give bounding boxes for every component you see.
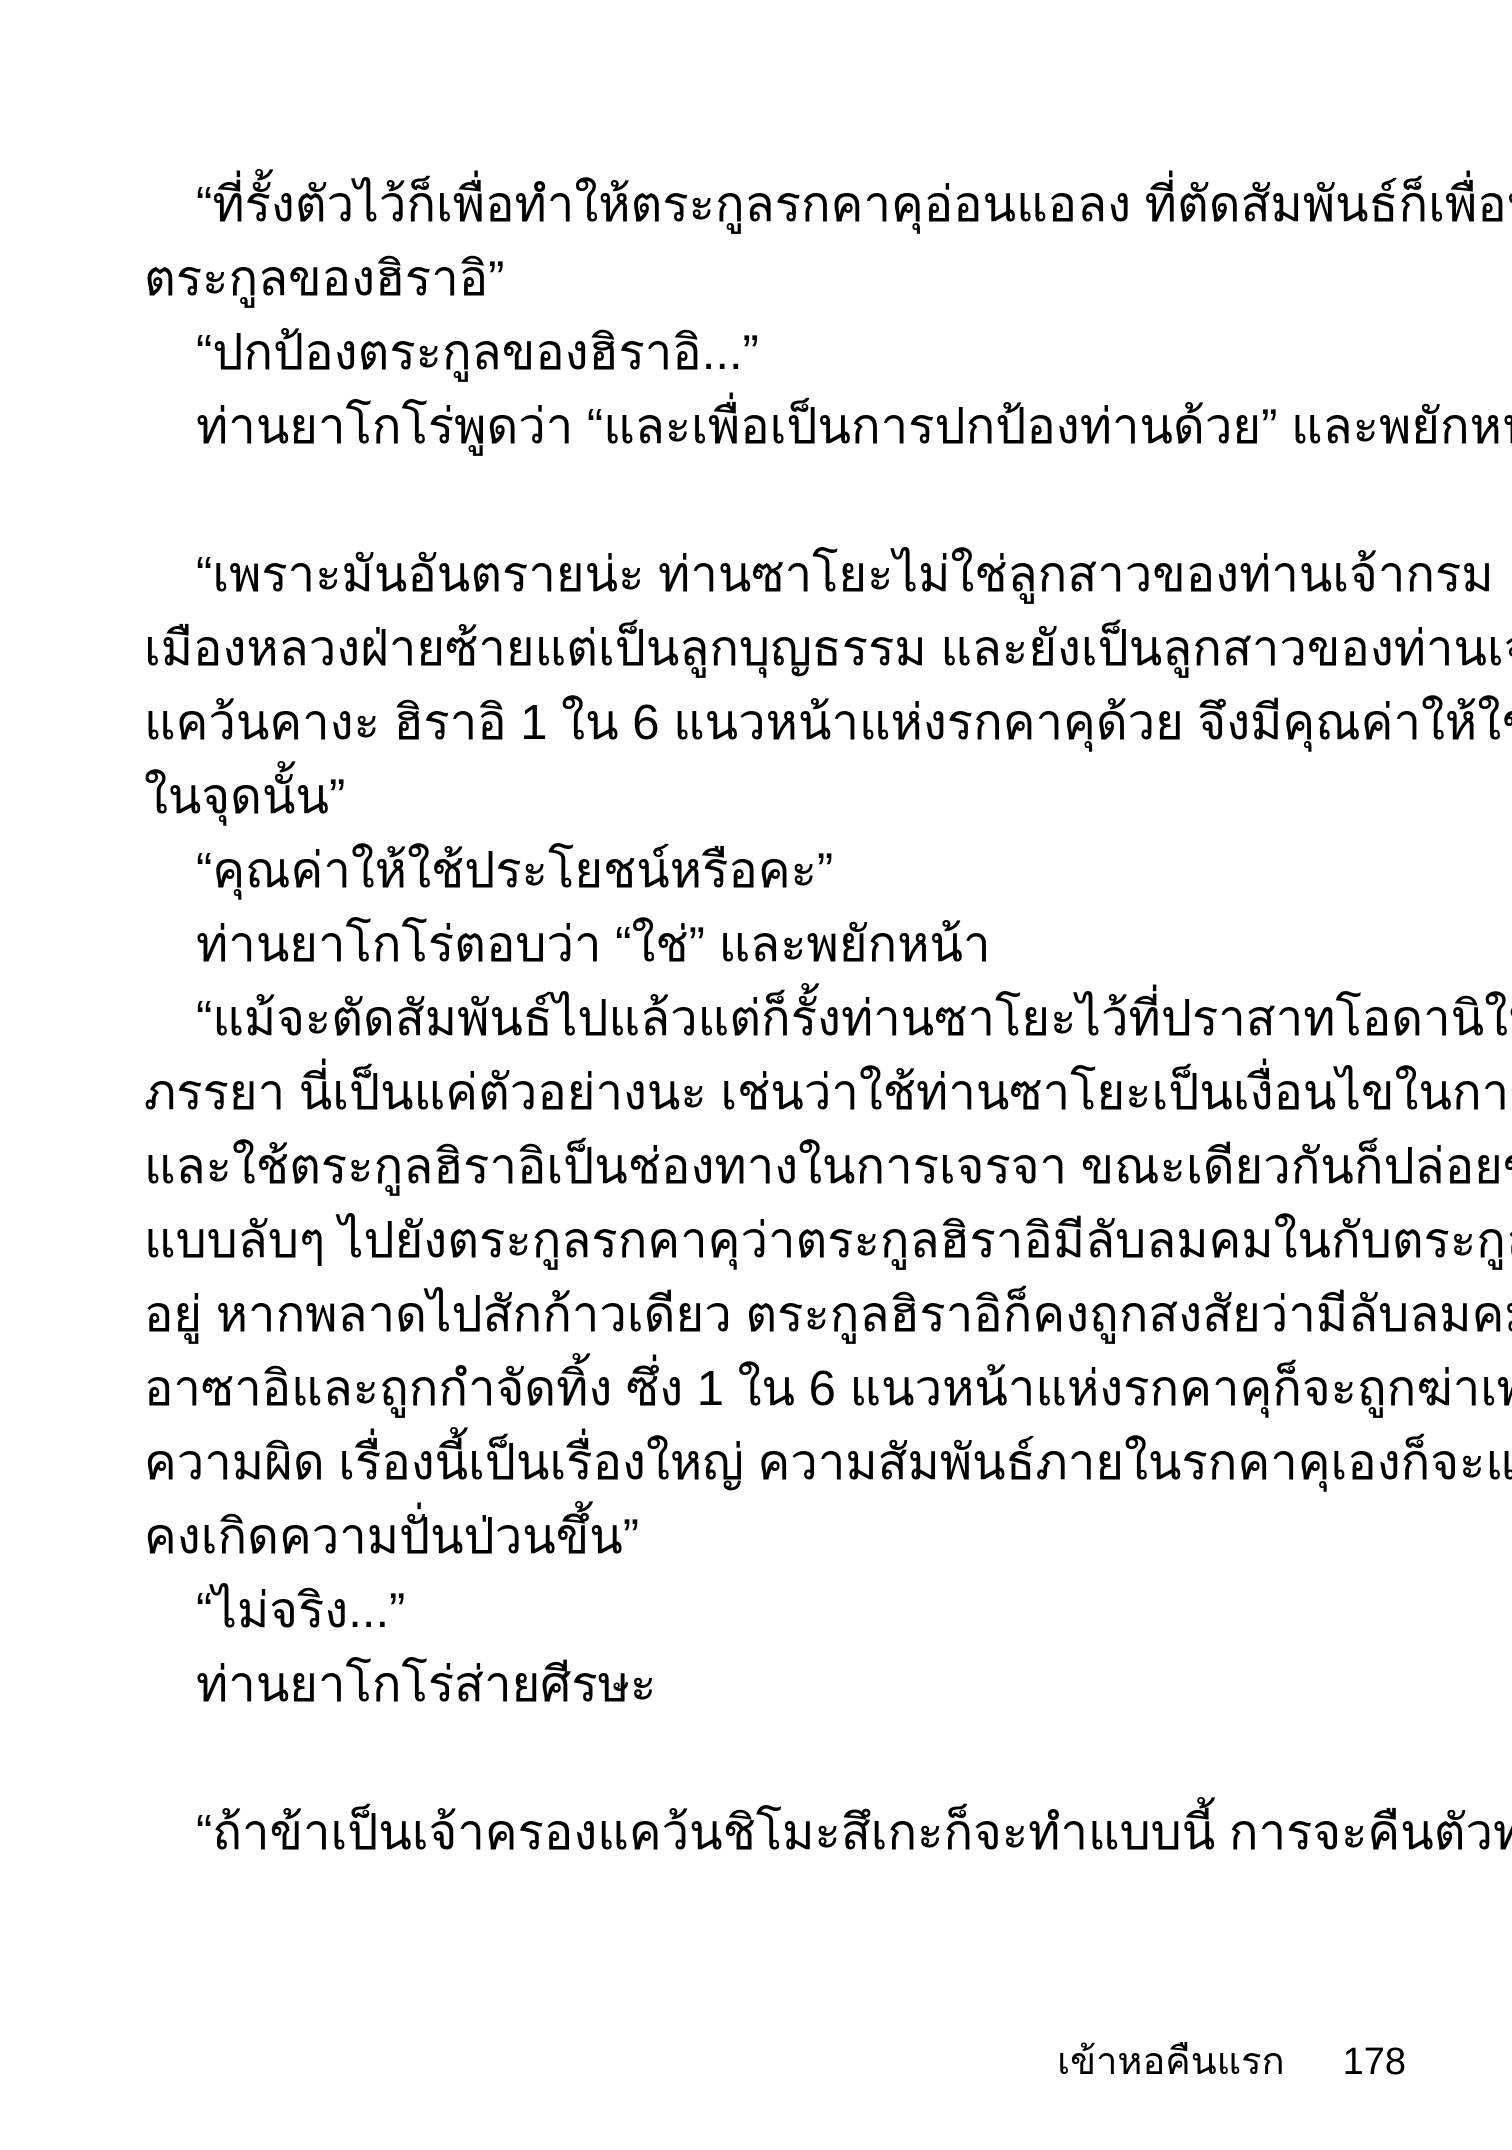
text-line: “คุณค่าให้ใช้ประโยชน์หรือคะ” [144, 834, 1420, 908]
text-line: คงเกิดความปั่นป่วนขึ้น” [144, 1500, 1420, 1574]
text-line: เมืองหลวงฝ่ายซ้ายแต่เป็นลูกบุญธรรม และยั… [144, 612, 1420, 686]
blank-line [144, 464, 1420, 538]
text-line: ท่านยาโกโร่ตอบว่า “ใช่” และพยักหน้า [144, 908, 1420, 982]
text-line: อาซาอิและถูกกำจัดทิ้ง ซึ่ง 1 ใน 6 แนวหน้… [144, 1352, 1420, 1426]
text-line: แคว้นคางะ ฮิราอิ 1 ใน 6 แนวหน้าแห่งรกคาค… [144, 686, 1420, 760]
running-title: เข้าหอคืนแรก [1057, 2041, 1284, 2083]
page-footer: เข้าหอคืนแรก178 [0, 2036, 1406, 2088]
text-line: “ไม่จริง...” [144, 1574, 1420, 1648]
book-page: “ที่รั้งตัวไว้ก็เพื่อทำให้ตระกูลรกคาคุอ่… [0, 0, 1512, 2150]
text-line: อยู่ หากพลาดไปสักก้าวเดียว ตระกูลฮิราอิก… [144, 1278, 1420, 1352]
text-line: “เพราะมันอันตรายน่ะ ท่านซาโยะไม่ใช่ลูกสา… [144, 538, 1420, 612]
text-line: ตระกูลของฮิราอิ” [144, 242, 1420, 316]
text-line: แบบลับๆ ไปยังตระกูลรกคาคุว่าตระกูลฮิราอิ… [144, 1204, 1420, 1278]
text-line: ท่านยาโกโร่ส่ายศีรษะ [144, 1648, 1420, 1722]
text-line: ภรรยา นี่เป็นแค่ตัวอย่างนะ เช่นว่าใช้ท่า… [144, 1056, 1420, 1130]
text-line: “ที่รั้งตัวไว้ก็เพื่อทำให้ตระกูลรกคาคุอ่… [144, 168, 1420, 242]
text-line: ในจุดนั้น” [144, 760, 1420, 834]
text-line: ความผิด เรื่องนี้เป็นเรื่องใหญ่ ความสัมพ… [144, 1426, 1420, 1500]
text-line: “แม้จะตัดสัมพันธ์ไปแล้วแต่ก็รั้งท่านซาโย… [144, 982, 1420, 1056]
text-line: “ถ้าข้าเป็นเจ้าครองแคว้นชิโมะสึเกะก็จะทำ… [144, 1796, 1420, 1870]
blank-line [144, 1722, 1420, 1796]
text-line: “ปกป้องตระกูลของฮิราอิ...” [144, 316, 1420, 390]
text-line: ท่านยาโกโร่พูดว่า “และเพื่อเป็นการปกป้อง… [144, 390, 1420, 464]
body-text-block: “ที่รั้งตัวไว้ก็เพื่อทำให้ตระกูลรกคาคุอ่… [144, 168, 1420, 1870]
text-line: และใช้ตระกูลฮิราอิเป็นช่องทางในการเจรจา … [144, 1130, 1420, 1204]
page-number: 178 [1343, 2036, 1406, 2088]
